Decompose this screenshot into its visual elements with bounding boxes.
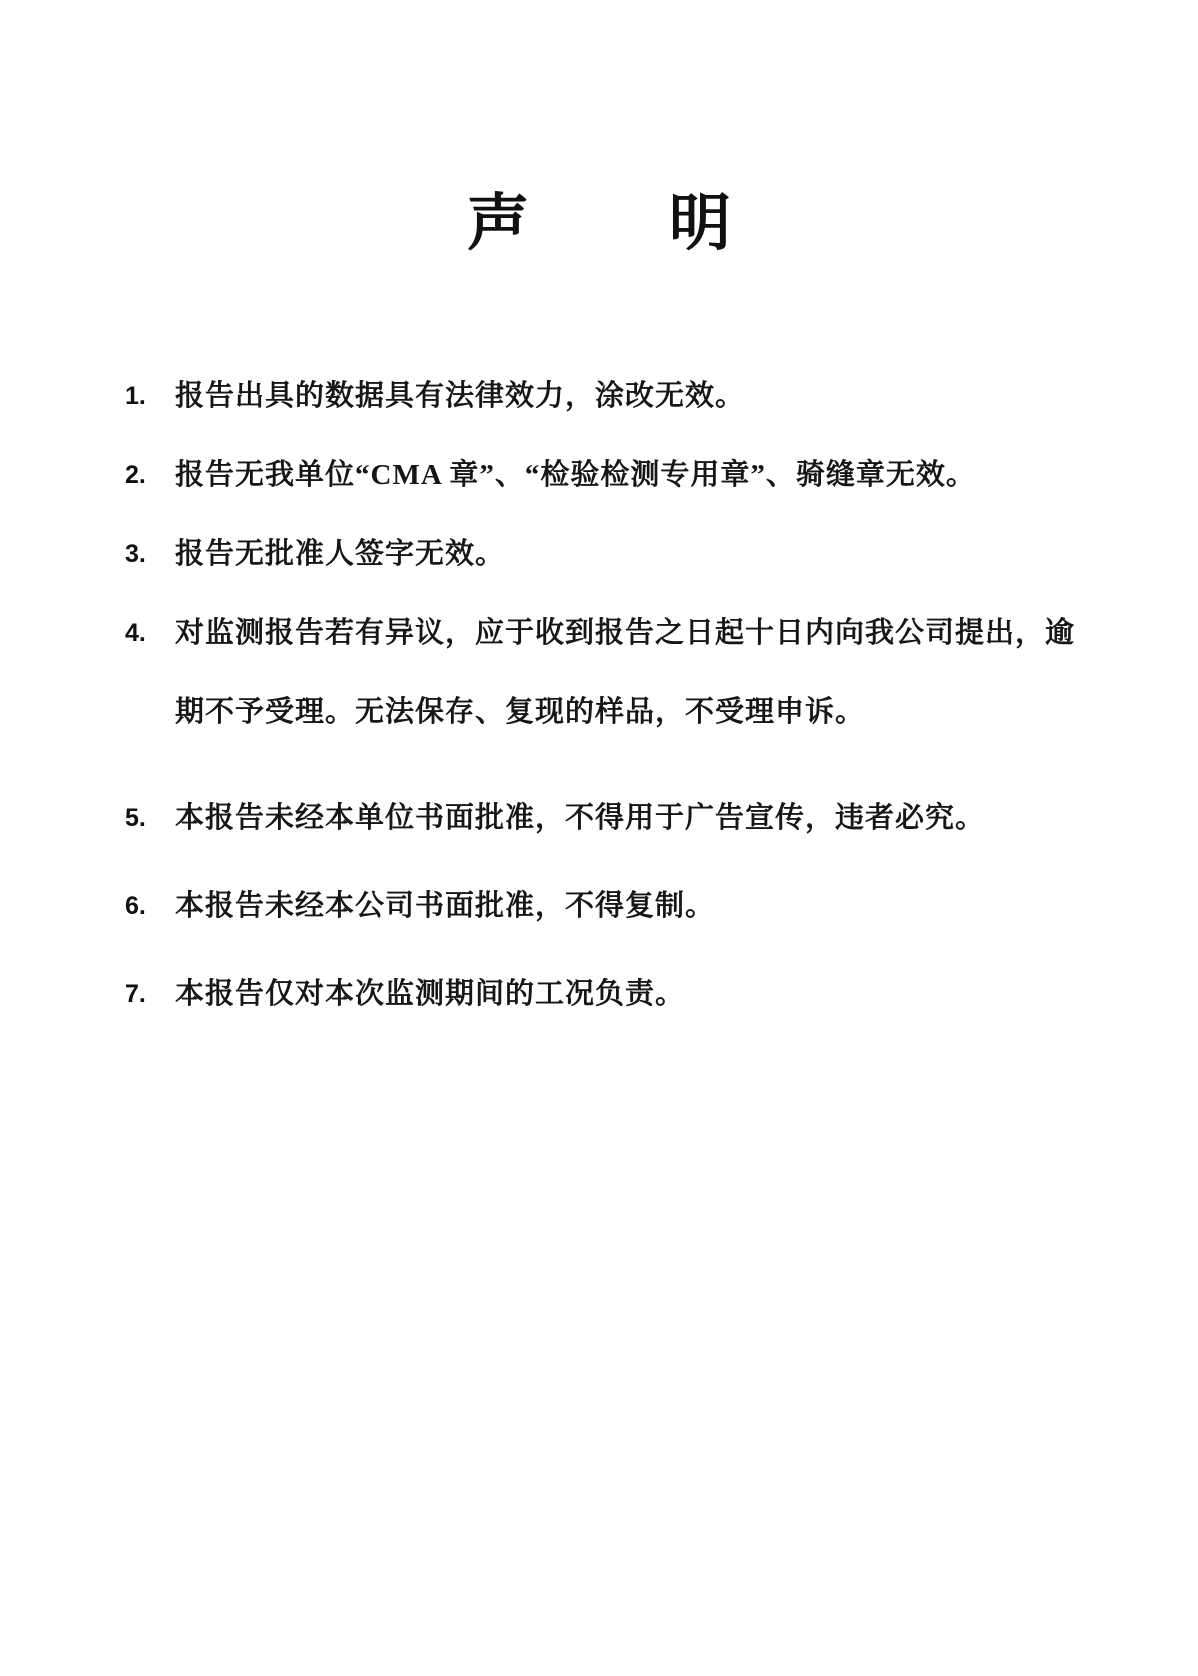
page-title: 声 明 xyxy=(0,0,1198,258)
item-text: 对监测报告若有异议，应于收到报告之日起十日内向我公司提出，逾 xyxy=(175,615,1088,651)
statement-item-2: 2. 报告无我单位“CMA 章”、“检验检测专用章”、骑缝章无效。 xyxy=(125,457,1088,493)
item-text: 本报告未经本单位书面批准，不得用于广告宣传，违者必究。 xyxy=(175,800,1088,836)
statement-item-7: 7. 本报告仅对本次监测期间的工况负责。 xyxy=(125,976,1088,1012)
item-text: 本报告仅对本次监测期间的工况负责。 xyxy=(175,976,1088,1012)
item-number: 1. xyxy=(125,378,175,414)
item-number: 7. xyxy=(125,976,175,1012)
statement-list: 1. 报告出具的数据具有法律效力，涂改无效。 2. 报告无我单位“CMA 章”、… xyxy=(0,378,1198,1012)
item-text: 期不予受理。无法保存、复现的样品，不受理申诉。 xyxy=(175,694,1088,730)
item-number: 6. xyxy=(125,888,175,924)
item-text: 报告出具的数据具有法律效力，涂改无效。 xyxy=(175,378,1088,414)
statement-item-4-continued: 期不予受理。无法保存、复现的样品，不受理申诉。 xyxy=(125,694,1088,730)
page-title-char-first: 声 xyxy=(467,190,529,258)
page-title-char-second: 明 xyxy=(669,190,731,258)
item-text: 报告无我单位“CMA 章”、“检验检测专用章”、骑缝章无效。 xyxy=(175,457,1088,493)
item-number: 3. xyxy=(125,536,175,572)
item-number: 4. xyxy=(125,615,175,651)
item-text: 报告无批准人签字无效。 xyxy=(175,536,1088,572)
item-text: 本报告未经本公司书面批准，不得复制。 xyxy=(175,888,1088,924)
statement-item-4: 4. 对监测报告若有异议，应于收到报告之日起十日内向我公司提出，逾 xyxy=(125,615,1088,651)
statement-item-6: 6. 本报告未经本公司书面批准，不得复制。 xyxy=(125,888,1088,924)
item-number: 5. xyxy=(125,800,175,836)
item-number: 2. xyxy=(125,457,175,493)
statement-item-1: 1. 报告出具的数据具有法律效力，涂改无效。 xyxy=(125,378,1088,414)
statement-item-5: 5. 本报告未经本单位书面批准，不得用于广告宣传，违者必究。 xyxy=(125,800,1088,836)
statement-item-3: 3. 报告无批准人签字无效。 xyxy=(125,536,1088,572)
document-page: 声 明 1. 报告出具的数据具有法律效力，涂改无效。 2. 报告无我单位“CMA… xyxy=(0,0,1198,1676)
